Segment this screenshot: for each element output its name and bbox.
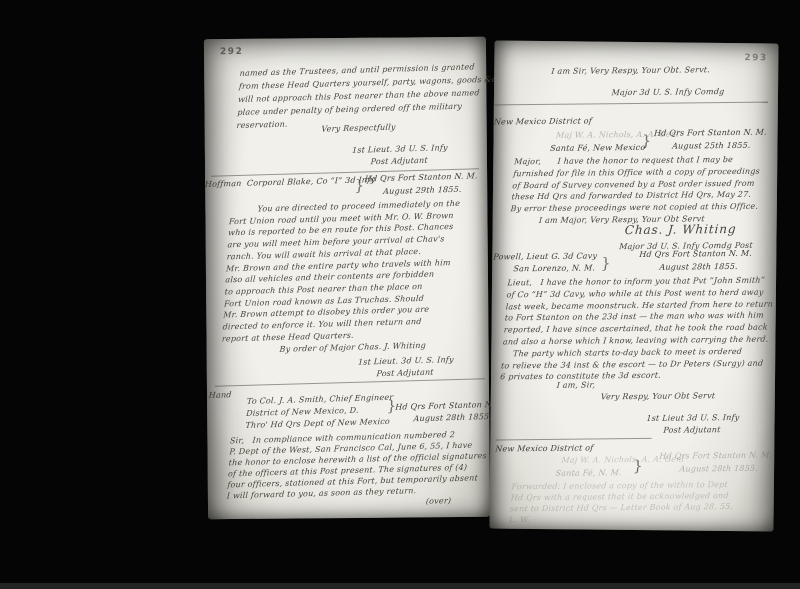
blake-by-order: By order of Major Chas. J. Whiting [279, 341, 426, 354]
left-page-content: named as the Trustees, and until permiss… [199, 34, 494, 522]
faint-heading-date: August 28th 1855. [679, 464, 758, 474]
section-divider [494, 102, 768, 106]
survey-letter-body: Major, I have the honor to request that … [510, 154, 769, 216]
blake-heading-date: August 29th 1855. [383, 185, 462, 196]
engineer-heading-date: August 28th 1855. [413, 412, 492, 423]
margin-note-hand: Hand [209, 390, 232, 400]
powell-letter-body: Lieut, I have the honor to inform you th… [500, 275, 772, 384]
blake-heading-place: Hd Qrs Fort Stanton N. M. [365, 171, 478, 183]
brace-icon: } [600, 254, 611, 272]
survey-addressee-place: Santa Fé, New Mexico [550, 143, 646, 153]
powell-margin-addressee: Powell, Lieut G. 3d Cavy [493, 251, 598, 261]
margin-note-district: New Mexico District of [495, 443, 594, 453]
faint-heading-place: Hd Qrs Fort Stanton N. M. [659, 451, 773, 461]
continuation-valediction: Very Respectfully [321, 123, 396, 134]
margin-note-district: New Mexico District of [494, 116, 593, 126]
ledger-page-left: 292 named as the Trustees, and until per… [204, 37, 490, 519]
engineer-addressee: To Col. J. A. Smith, Chief EngineerDistr… [245, 392, 397, 432]
continuation-signature: 1st Lieut. 3d U. S. InfyPost Adjutant [329, 142, 470, 169]
top-closing-signature: Major 3d U. S. Infy Comdg [611, 87, 725, 97]
powell-addressee-place: San Lorenzo, N. M. [513, 263, 596, 273]
blake-letter-body: You are directed to proceed immediately … [222, 197, 478, 345]
powell-closing-1: I am, Sir, [556, 380, 595, 389]
blake-signature: 1st Lieut. 3d U. S. InfyPost Adjutant [335, 353, 476, 380]
section-divider [496, 438, 652, 441]
brace-icon: } [354, 176, 365, 194]
top-closing-line: I am Sir, Very Respy, Your Obt. Servt. [551, 65, 710, 76]
powell-signature: 1st Lieut 3d U. S. InfyPost Adjutant [632, 412, 754, 437]
engineer-letter-body: Sir, In compliance with communication nu… [226, 428, 486, 501]
powell-heading-place: Hd Qrs Fort Stanton N. M. [639, 249, 753, 259]
whiting-signature: Chas. J. Whiting [624, 222, 737, 237]
right-page-content: I am Sir, Very Respy, Your Obt. Servt. M… [489, 41, 778, 532]
faint-addressee-place: Santa Fé, N. M. [555, 468, 622, 478]
faint-letter-body: Forwarded: I enclosed a copy of the with… [509, 479, 768, 526]
brace-icon: } [641, 132, 652, 150]
powell-closing-2: Very Respy, Your Obt Servt [600, 391, 715, 401]
powell-heading-date: August 28th 1855. [659, 262, 738, 272]
ledger-page-right: 293 I am Sir, Very Respy, Your Obt. Serv… [489, 41, 778, 532]
survey-heading-place: Hd Qrs Fort Stanton N. M. [654, 128, 768, 138]
microfilm-photo: 292 named as the Trustees, and until per… [0, 0, 800, 589]
film-edge-strip [0, 583, 800, 589]
margin-note-hoffman: Hoffman [205, 179, 242, 189]
over-note: (over) [426, 496, 452, 506]
continuation-letter-body: named as the Trustees, and until permiss… [236, 60, 476, 132]
survey-heading-date: August 25th 1855. [672, 141, 751, 151]
brace-icon: } [632, 457, 643, 475]
